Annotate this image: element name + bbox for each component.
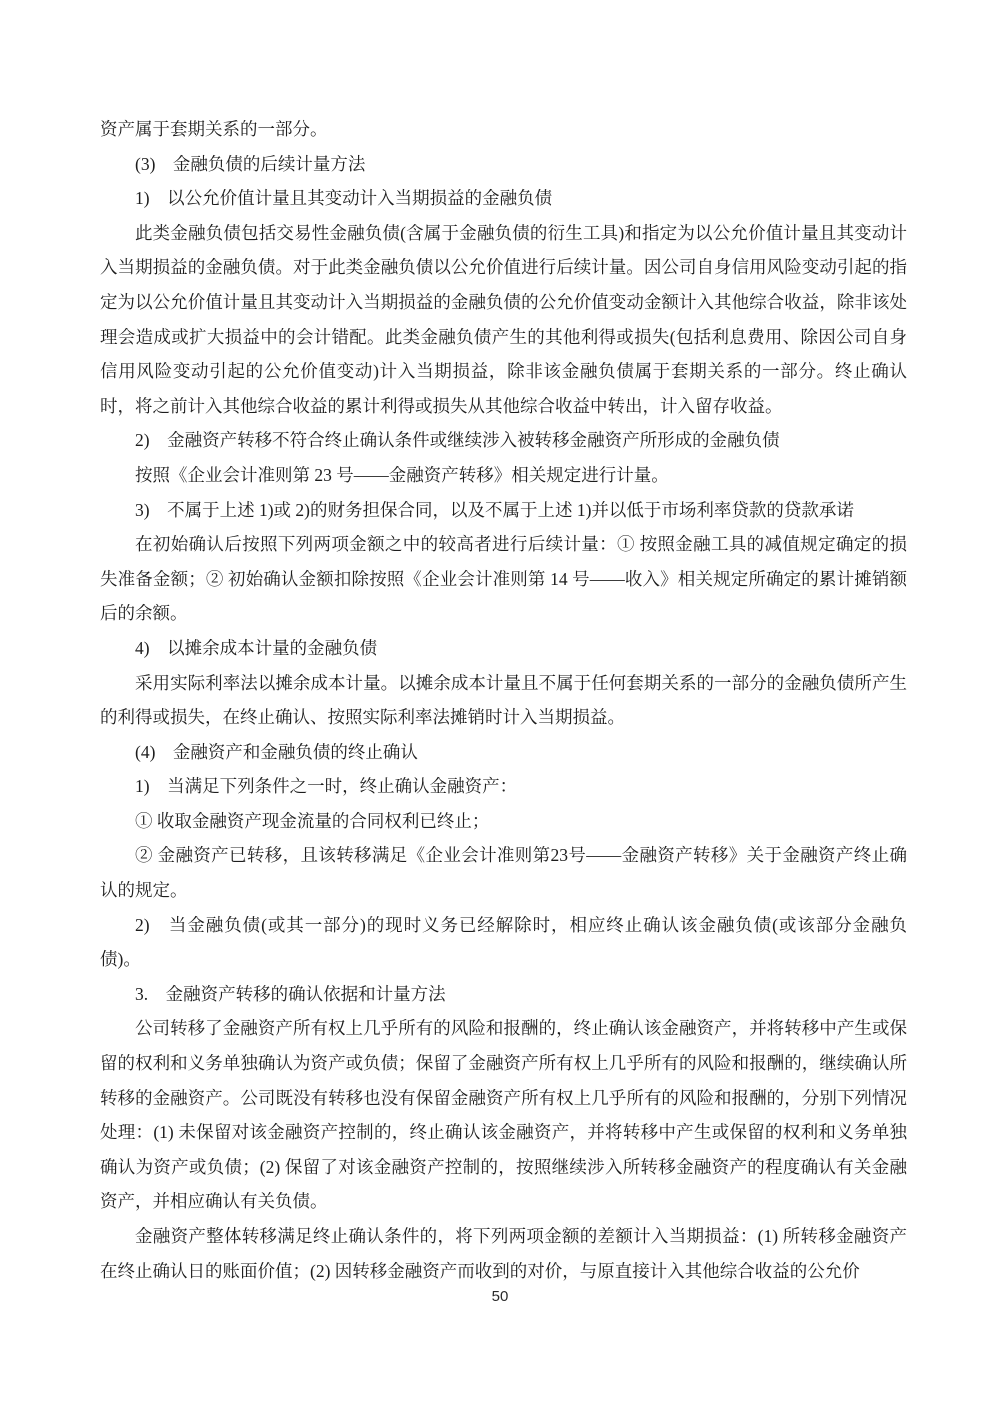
heading-amortized-cost-liability: 4) 以摊余成本计量的金融负债 xyxy=(100,631,907,666)
heading-derecognition: (4) 金融资产和金融负债的终止确认 xyxy=(100,735,907,770)
paragraph-continuation: 资产属于套期关系的一部分。 xyxy=(100,112,907,147)
paragraph-condition-2: ② 金融资产已转移，且该转移满足《企业会计准则第23号——金融资产转移》关于金融… xyxy=(100,838,907,907)
heading-fvtpl-financial-liability: 1) 以公允价值计量且其变动计入当期损益的金融负债 xyxy=(100,181,907,216)
document-page: 资产属于套期关系的一部分。 (3) 金融负债的后续计量方法 1) 以公允价值计量… xyxy=(0,0,1000,1414)
heading-financial-liability-subsequent-measurement: (3) 金融负债的后续计量方法 xyxy=(100,147,907,182)
heading-asset-transfer-recognition: 3. 金融资产转移的确认依据和计量方法 xyxy=(100,977,907,1012)
paragraph-fvtpl-detail: 此类金融负债包括交易性金融负债(含属于金融负债的衍生工具)和指定为以公允价值计量… xyxy=(100,216,907,424)
paragraph-higher-of-two-amounts: 在初始确认后按照下列两项金额之中的较高者进行后续计量：① 按照金融工具的减值规定… xyxy=(100,527,907,631)
paragraph-condition-1: ① 收取金融资产现金流量的合同权利已终止； xyxy=(100,804,907,839)
paragraph-effective-interest-method: 采用实际利率法以摊余成本计量。以摊余成本计量且不属于任何套期关系的一部分的金融负… xyxy=(100,666,907,735)
paragraph-transfer-difference-pnl: 金融资产整体转移满足终止确认条件的，将下列两项金额的差额计入当期损益：(1) 所… xyxy=(100,1219,907,1288)
heading-derecognition-conditions: 1) 当满足下列条件之一时，终止确认金融资产： xyxy=(100,769,907,804)
heading-transfer-not-derecognized-liability: 2) 金融资产转移不符合终止确认条件或继续涉入被转移金融资产所形成的金融负债 xyxy=(100,423,907,458)
paragraph-standard-23-measurement: 按照《企业会计准则第 23 号——金融资产转移》相关规定进行计量。 xyxy=(100,458,907,493)
heading-financial-guarantee-contracts: 3) 不属于上述 1)或 2)的财务担保合同，以及不属于上述 1)并以低于市场利… xyxy=(100,493,907,528)
paragraph-liability-derecognition: 2) 当金融负债(或其一部分)的现时义务已经解除时，相应终止确认该金融负债(或该… xyxy=(100,908,907,977)
document-body: 资产属于套期关系的一部分。 (3) 金融负债的后续计量方法 1) 以公允价值计量… xyxy=(100,112,907,1288)
page-footer: 50 xyxy=(0,1288,1000,1306)
paragraph-transfer-risks-rewards: 公司转移了金融资产所有权上几乎所有的风险和报酬的，终止确认该金融资产，并将转移中… xyxy=(100,1011,907,1219)
page-number: 50 xyxy=(492,1288,509,1305)
